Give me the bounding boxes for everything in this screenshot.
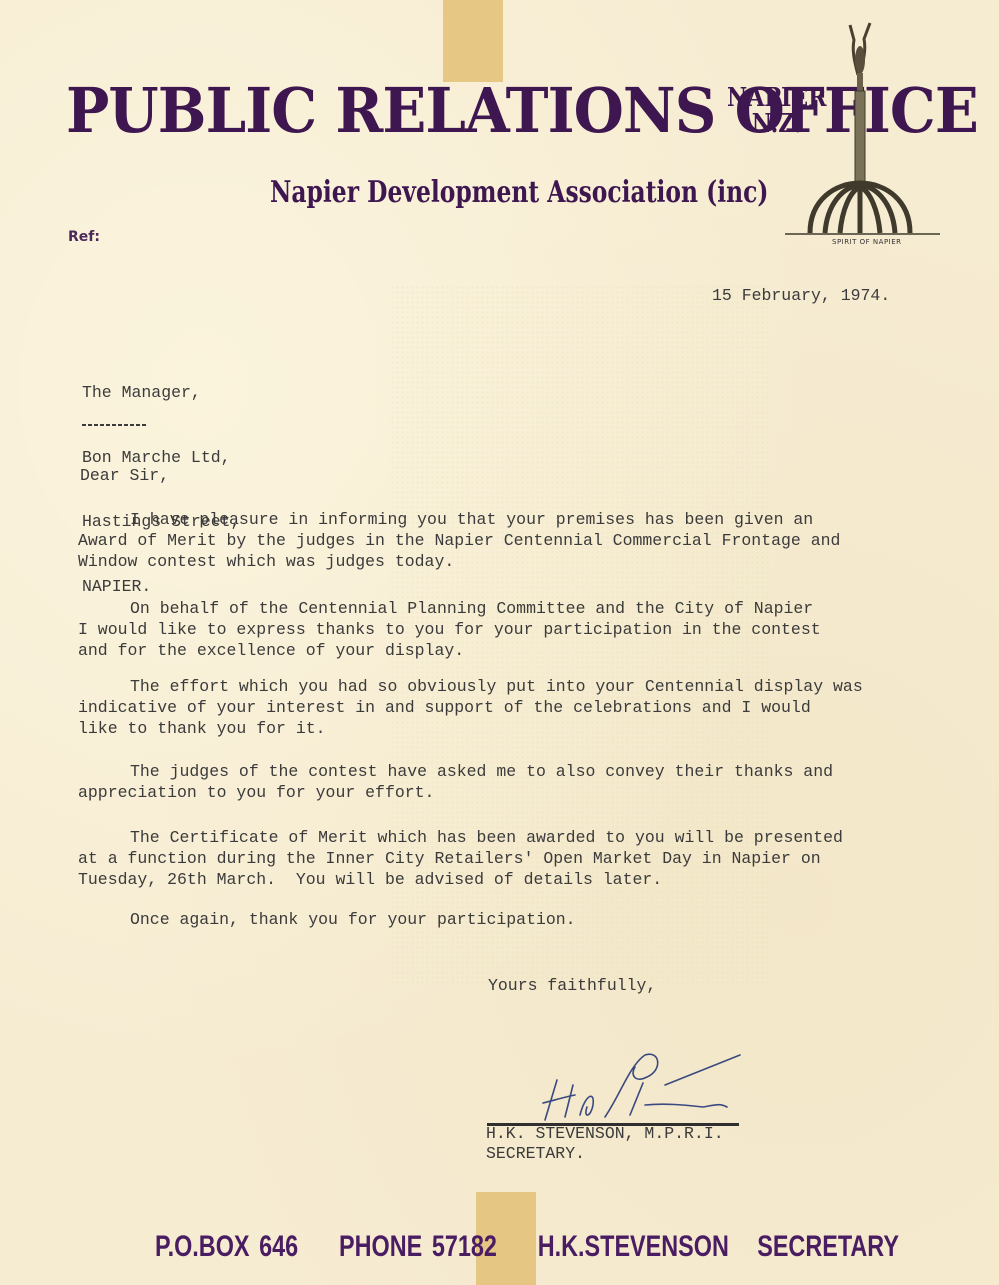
footer-name: H.K.STEVENSON: [538, 1230, 729, 1263]
letterhead-footer: P.O.BOX 646 PHONE 57182 H.K.STEVENSON SE…: [155, 1230, 930, 1264]
recipient-line: Bon Marche Ltd,: [82, 447, 240, 469]
body-paragraph-3: The effort which you had so obviously pu…: [78, 677, 908, 739]
paragraph-first-line: I have pleasure in informing you that yo…: [78, 510, 908, 531]
closing: Yours faithfully,: [488, 976, 656, 997]
body-paragraph-2: On behalf of the Centennial Planning Com…: [78, 599, 908, 661]
paragraph-first-line: The Certificate of Merit which has been …: [78, 828, 908, 849]
recipient-line: The Manager,: [82, 382, 240, 404]
recipient-line: NAPIER.: [82, 576, 240, 598]
body-paragraph-4: The judges of the contest have asked me …: [78, 762, 908, 804]
signatory-name: H.K. STEVENSON, M.P.R.I.: [486, 1124, 724, 1145]
paragraph-first-line: The judges of the contest have asked me …: [78, 762, 908, 783]
paragraph-rest: Award of Merit by the judges in the Napi…: [78, 531, 908, 573]
body-paragraph-5: The Certificate of Merit which has been …: [78, 828, 908, 890]
handwritten-signature: [535, 1045, 745, 1125]
paragraph-rest: at a function during the Inner City Reta…: [78, 849, 908, 891]
letter-date: 15 February, 1974.: [712, 286, 890, 307]
ref-label: Ref:: [68, 229, 100, 245]
logo-caption: SPIRIT OF NAPIER: [832, 238, 902, 246]
paragraph-first-line: Once again, thank you for your participa…: [78, 910, 908, 931]
adhesive-tape-top: [443, 0, 503, 82]
paragraph-rest: I would like to express thanks to you fo…: [78, 620, 908, 662]
address-underline: [82, 424, 146, 426]
footer-po-box: P.O.BOX 646: [155, 1230, 298, 1263]
salutation: Dear Sir,: [80, 466, 169, 487]
footer-phone: PHONE 57182: [339, 1230, 497, 1263]
paragraph-first-line: On behalf of the Centennial Planning Com…: [78, 599, 908, 620]
spirit-of-napier-statue-icon: [780, 15, 945, 255]
body-paragraph-6: Once again, thank you for your participa…: [78, 910, 908, 931]
paragraph-rest: indicative of your interest in and suppo…: [78, 698, 908, 740]
signatory-title: SECRETARY.: [486, 1144, 585, 1165]
letterhead-organization: Napier Development Association (inc): [270, 175, 768, 210]
body-paragraph-1: I have pleasure in informing you that yo…: [78, 510, 908, 572]
paragraph-first-line: The effort which you had so obviously pu…: [78, 677, 908, 698]
footer-title: SECRETARY: [757, 1230, 899, 1263]
paragraph-rest: appreciation to you for your effort.: [78, 783, 908, 804]
